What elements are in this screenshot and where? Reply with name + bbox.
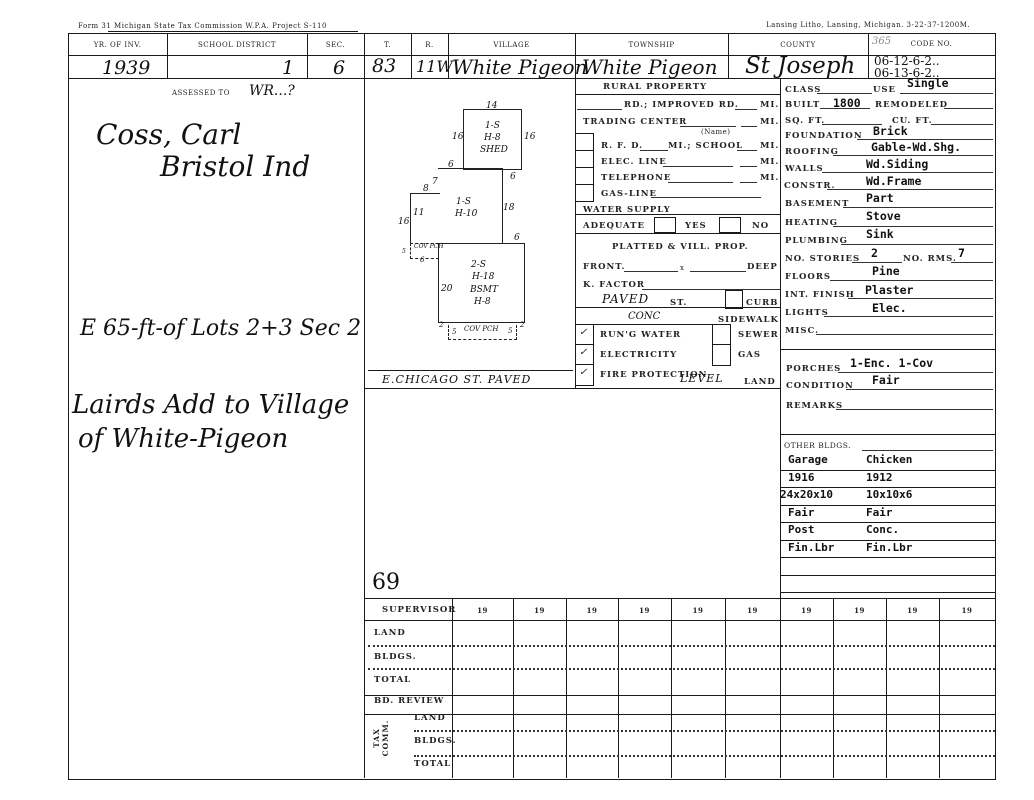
valuation-cell[interactable] bbox=[454, 648, 511, 666]
street-label: E.CHICAGO ST. PAVED bbox=[382, 373, 531, 386]
trading-center-field[interactable] bbox=[680, 126, 736, 127]
valuation-cell[interactable] bbox=[941, 673, 993, 691]
valuation-col-divider bbox=[886, 598, 887, 778]
valuation-cell[interactable] bbox=[888, 757, 937, 775]
dim-middle-step1: 7 bbox=[432, 177, 438, 187]
shed-label: SHED bbox=[480, 145, 508, 155]
plumbing-label: PLUMBING bbox=[785, 236, 848, 246]
no-label: NO bbox=[752, 221, 769, 231]
dim-middle-bottom: 6 bbox=[514, 233, 520, 243]
sewer-label: SEWER bbox=[738, 330, 779, 340]
valuation-cell[interactable] bbox=[515, 622, 564, 640]
other-bldg-2-cell[interactable]: Fin.Lbr bbox=[866, 541, 912, 554]
col-divider bbox=[307, 33, 308, 78]
gas-label: GAS bbox=[738, 350, 761, 360]
other-bldgs-row-line bbox=[780, 575, 995, 576]
valuation-col-divider bbox=[513, 598, 514, 778]
value-school-district[interactable]: 1 bbox=[282, 57, 294, 79]
main-basement: BSMT bbox=[470, 285, 498, 295]
other-bldgs-row-line bbox=[780, 557, 995, 558]
foundation-value[interactable]: Brick bbox=[873, 124, 908, 138]
floors-label: FLOORS bbox=[785, 272, 831, 282]
valuation-cell[interactable] bbox=[568, 673, 616, 691]
bd-review-label: BD. REVIEW bbox=[374, 696, 444, 706]
valuation-cell[interactable] bbox=[941, 648, 993, 666]
valuation-cell[interactable] bbox=[673, 733, 723, 751]
basement-label: BASEMENT bbox=[785, 199, 849, 209]
misc-label: MISC. bbox=[785, 326, 819, 336]
other-bldg-1-cell[interactable]: 24x20x10 bbox=[780, 488, 833, 501]
year-column-header[interactable]: 19 bbox=[725, 606, 780, 615]
roofing-label: ROOFING bbox=[785, 147, 839, 157]
valuation-col-divider bbox=[939, 598, 940, 778]
valuation-col-divider bbox=[725, 598, 726, 778]
valuation-cell[interactable] bbox=[620, 673, 669, 691]
printer-line: Lansing Litho, Lansing, Michigan. 3-22-3… bbox=[766, 21, 970, 29]
valuation-cell[interactable] bbox=[620, 622, 669, 640]
dim-shed-right: 16 bbox=[524, 132, 535, 142]
valuation-cell[interactable] bbox=[515, 757, 564, 775]
valuation-col-divider bbox=[833, 598, 834, 778]
other-bldg-2-cell[interactable]: Chicken bbox=[866, 453, 912, 466]
header-r: R. bbox=[411, 41, 448, 49]
dim-middle-left-outer: 16 bbox=[398, 217, 409, 227]
fire-protection-check: ✓ bbox=[579, 367, 587, 378]
remodeled-label: REMODELED bbox=[875, 100, 948, 110]
col-divider bbox=[167, 33, 168, 78]
assessed-to-note: WR...? bbox=[249, 83, 295, 99]
telephone-label: TELEPHONE bbox=[601, 173, 671, 183]
header-t: T. bbox=[364, 41, 411, 49]
valuation-cell[interactable] bbox=[673, 757, 723, 775]
right-panel-divider bbox=[780, 78, 781, 598]
header-village: VILLAGE bbox=[448, 41, 575, 49]
land-label: LAND bbox=[374, 628, 406, 638]
dim-shed-left: 16 bbox=[452, 132, 463, 142]
gas-checkbox[interactable] bbox=[712, 344, 731, 366]
value-r[interactable]: 11W bbox=[416, 57, 453, 76]
valuation-cell[interactable] bbox=[888, 733, 937, 751]
other-bldg-2-cell[interactable]: Fair bbox=[866, 506, 893, 519]
sketch-street-line bbox=[368, 370, 573, 371]
middle-height: H-10 bbox=[455, 209, 477, 219]
valuation-cell[interactable] bbox=[620, 757, 669, 775]
valuation-cell[interactable] bbox=[888, 648, 937, 666]
valuation-cell[interactable] bbox=[454, 622, 511, 640]
valuation-cell[interactable] bbox=[888, 622, 937, 640]
valuation-cell[interactable] bbox=[727, 697, 778, 715]
valuation-col-divider bbox=[566, 598, 567, 778]
basement-value[interactable]: Part bbox=[866, 191, 894, 205]
other-bldg-1-cell[interactable]: Fin.Lbr bbox=[788, 541, 834, 554]
condition-value[interactable]: Fair bbox=[872, 373, 900, 387]
other-bldg-2-cell[interactable]: Conc. bbox=[866, 523, 899, 536]
owner-name[interactable]: Coss, Carl bbox=[96, 118, 241, 151]
valuation-cell[interactable] bbox=[782, 697, 831, 715]
remarks-label: REMARKS bbox=[786, 401, 843, 411]
valuation-cell[interactable] bbox=[568, 697, 616, 715]
floors-value[interactable]: Pine bbox=[872, 264, 900, 278]
page-note: 69 bbox=[372, 570, 400, 595]
valuation-cell[interactable] bbox=[673, 648, 723, 666]
dim-front-porch-b: 5 bbox=[508, 327, 512, 335]
valuation-cell[interactable] bbox=[727, 716, 778, 734]
k-factor-label: K. FACTOR bbox=[583, 280, 645, 290]
running-water-check: ✓ bbox=[579, 327, 587, 338]
rural-property-title: RURAL PROPERTY bbox=[603, 82, 707, 92]
supervisor-label: SUPERVISOR bbox=[382, 605, 456, 615]
other-bldg-2-cell[interactable]: 10x10x6 bbox=[866, 488, 912, 501]
built-value[interactable]: 1800 bbox=[833, 96, 861, 110]
header-school-district: SCHOOL DISTRICT bbox=[167, 41, 307, 49]
valuation-cell[interactable] bbox=[620, 697, 669, 715]
street-value[interactable]: PAVED bbox=[602, 292, 649, 306]
dim-side-porch-a: 5 bbox=[402, 248, 406, 255]
valuation-cell[interactable] bbox=[620, 733, 669, 751]
electricity-check: ✓ bbox=[579, 347, 587, 358]
valuation-cell[interactable] bbox=[941, 716, 993, 734]
form-title: Form 31 Michigan State Tax Commission W.… bbox=[78, 22, 327, 30]
condition-label: CONDITION bbox=[786, 381, 854, 391]
valuation-cell[interactable] bbox=[515, 733, 564, 751]
valuation-cell[interactable] bbox=[782, 733, 831, 751]
valuation-cell[interactable] bbox=[888, 716, 937, 734]
electricity-label: ELECTRICITY bbox=[600, 350, 677, 360]
valuation-cell[interactable] bbox=[941, 733, 993, 751]
built-label: BUILT bbox=[785, 100, 820, 110]
side-porch-label: COV PCH bbox=[414, 243, 444, 250]
int-finish-value[interactable]: Plaster bbox=[865, 283, 913, 297]
valuation-cell[interactable] bbox=[515, 697, 564, 715]
dim-middle-step2: 8 bbox=[423, 184, 429, 194]
valuation-cell[interactable] bbox=[835, 697, 884, 715]
stories-value[interactable]: 2 bbox=[871, 246, 878, 260]
col-divider bbox=[411, 33, 412, 78]
running-water-label: RUN'G WATER bbox=[600, 330, 681, 340]
valuation-cell[interactable] bbox=[454, 716, 511, 734]
valuation-dotted-line bbox=[368, 645, 995, 647]
rooms-value[interactable]: 7 bbox=[958, 246, 965, 260]
main-stories: 2-S bbox=[471, 260, 486, 270]
int-finish-label: INT. FINISH bbox=[785, 290, 855, 300]
adequate-no-checkbox[interactable] bbox=[719, 217, 741, 233]
rural-title-line bbox=[575, 94, 781, 95]
remodeled-field[interactable] bbox=[944, 108, 993, 109]
mi-label: MI. bbox=[760, 141, 779, 151]
mi-label: MI. bbox=[760, 100, 779, 110]
tax-comm-land-label: LAND bbox=[414, 713, 446, 723]
year-column-header[interactable]: 19 bbox=[566, 606, 618, 615]
sketch-middle-step bbox=[410, 193, 440, 245]
gas-line-label: GAS-LINE bbox=[601, 189, 657, 199]
header-county: COUNTY bbox=[728, 41, 868, 49]
valuation-cell[interactable] bbox=[835, 757, 884, 775]
valuation-cell[interactable] bbox=[727, 757, 778, 775]
x-label: x bbox=[680, 264, 684, 272]
other-bldgs-row-line bbox=[780, 592, 995, 593]
middle-bottom-line bbox=[364, 388, 781, 389]
valuation-cell[interactable] bbox=[673, 697, 723, 715]
valuation-cell[interactable] bbox=[568, 757, 616, 775]
valuation-cell[interactable] bbox=[568, 733, 616, 751]
mi-label: MI. bbox=[760, 173, 779, 183]
header-sec: SEC. bbox=[307, 41, 364, 49]
valuation-cell[interactable] bbox=[515, 648, 564, 666]
year-column-header[interactable]: 19 bbox=[671, 606, 725, 615]
walls-value[interactable]: Wd.Siding bbox=[866, 157, 928, 171]
shed-stories: 1-S bbox=[485, 121, 500, 131]
misc-field[interactable] bbox=[816, 334, 993, 335]
land-label: LAND bbox=[744, 377, 776, 387]
remarks-field[interactable] bbox=[836, 409, 993, 410]
other-bldg-2-cell[interactable]: 1912 bbox=[866, 471, 893, 484]
year-column-header[interactable]: 19 bbox=[452, 606, 513, 615]
valuation-cell[interactable] bbox=[941, 757, 993, 775]
heating-value[interactable]: Stove bbox=[866, 209, 901, 223]
dim-main-bottom-right: 2 bbox=[520, 321, 524, 329]
valuation-cell[interactable] bbox=[888, 673, 937, 691]
shed-height: H-8 bbox=[484, 133, 501, 143]
valuation-cell[interactable] bbox=[727, 622, 778, 640]
bldgs-label: BLDGS. bbox=[374, 652, 417, 662]
lights-value[interactable]: Elec. bbox=[872, 301, 907, 315]
value-sec[interactable]: 6 bbox=[333, 57, 345, 79]
valuation-total-line bbox=[364, 695, 995, 696]
total-label: TOTAL bbox=[374, 675, 411, 685]
trading-center-label: TRADING CENTER bbox=[583, 117, 687, 127]
roofing-value[interactable]: Gable-Wd.Shg. bbox=[871, 140, 961, 154]
dim-shed-top: 14 bbox=[486, 101, 497, 111]
lights-label: LIGHTS bbox=[785, 308, 829, 318]
front-field[interactable] bbox=[624, 271, 678, 272]
stories-label: NO. STORIES bbox=[785, 254, 860, 264]
valuation-cell[interactable] bbox=[782, 673, 831, 691]
valuation-cell[interactable] bbox=[515, 716, 564, 734]
other-bldg-1-cell[interactable]: 1916 bbox=[788, 471, 815, 484]
valuation-cell[interactable] bbox=[568, 622, 616, 640]
porches-label: PORCHES bbox=[786, 364, 841, 374]
front-label: FRONT. bbox=[583, 262, 625, 272]
mi-label: MI. bbox=[760, 157, 779, 167]
dim-main-left: 20 bbox=[441, 284, 452, 294]
assessed-to-label: ASSESSED TO bbox=[172, 89, 230, 97]
valuation-cell[interactable] bbox=[782, 648, 831, 666]
valuation-cell[interactable] bbox=[620, 716, 669, 734]
owner-address[interactable]: Bristol Ind bbox=[160, 150, 310, 183]
valuation-cell[interactable] bbox=[454, 673, 511, 691]
left-panel-divider bbox=[364, 33, 365, 778]
plumbing-value[interactable]: Sink bbox=[866, 227, 894, 241]
valuation-cell[interactable] bbox=[835, 673, 884, 691]
legal-description-line1[interactable]: E 65-ft-of Lots 2+3 Sec 2 bbox=[80, 316, 361, 341]
value-county[interactable]: St Joseph bbox=[745, 53, 855, 79]
dim-front-porch-a: 5 bbox=[452, 328, 456, 336]
cuft-field[interactable] bbox=[931, 124, 993, 125]
constr-value[interactable]: Wd.Frame bbox=[866, 174, 921, 188]
header-township: TOWNSHIP bbox=[575, 41, 728, 49]
main-height: H-18 bbox=[472, 272, 494, 282]
valuation-col-divider bbox=[618, 598, 619, 778]
valuation-cell[interactable] bbox=[673, 716, 723, 734]
platted-title: PLATTED & VILL. PROP. bbox=[612, 242, 749, 252]
valuation-cell[interactable] bbox=[727, 733, 778, 751]
porches-value[interactable]: 1-Enc. 1-Cov bbox=[850, 356, 933, 370]
valuation-cell[interactable] bbox=[941, 697, 993, 715]
sqft-label: SQ. FT. bbox=[785, 116, 825, 126]
heating-label: HEATING bbox=[785, 218, 838, 228]
class-field[interactable] bbox=[817, 93, 872, 94]
land-value[interactable]: LEVEL bbox=[680, 372, 724, 385]
front-porch-label: COV PCH bbox=[464, 325, 498, 333]
walls-label: WALLS bbox=[785, 164, 824, 174]
value-township[interactable]: White Pigeon bbox=[582, 55, 717, 79]
valuation-cell[interactable] bbox=[454, 757, 511, 775]
dim-main-bottom-left: 2 bbox=[439, 321, 443, 329]
valuation-header-line bbox=[364, 620, 995, 621]
sewer-checkbox[interactable] bbox=[712, 324, 731, 346]
legal-description-line3[interactable]: of White-Pigeon bbox=[78, 424, 288, 454]
value-village[interactable]: White Pigeon bbox=[452, 55, 587, 79]
valuation-cell[interactable] bbox=[568, 648, 616, 666]
valuation-col-divider bbox=[780, 598, 781, 778]
class-label: CLASS bbox=[785, 85, 821, 95]
valuation-cell[interactable] bbox=[835, 622, 884, 640]
col-divider bbox=[728, 33, 729, 78]
year-column-header[interactable]: 19 bbox=[513, 606, 566, 615]
other-bldgs-label: OTHER BLDGS. bbox=[784, 441, 851, 450]
adequate-yes-checkbox[interactable] bbox=[654, 217, 676, 233]
value-yr-of-inv[interactable]: 1939 bbox=[102, 57, 150, 79]
rfd-label: R. F. D. bbox=[601, 141, 643, 151]
elec-line-label: ELEC. LINE bbox=[601, 157, 667, 167]
valuation-col-divider bbox=[452, 598, 453, 778]
valuation-cell[interactable] bbox=[727, 673, 778, 691]
other-bldg-1-cell[interactable]: Post bbox=[788, 523, 815, 536]
rooms-label: NO. RMS. bbox=[903, 254, 957, 264]
use-label: USE bbox=[873, 85, 896, 95]
dim-middle-left-inner: 11 bbox=[413, 208, 424, 218]
valuation-cell[interactable] bbox=[782, 622, 831, 640]
main-basement-height: H-8 bbox=[474, 297, 491, 307]
valuation-cell[interactable] bbox=[835, 733, 884, 751]
tax-comm-total-label: TOTAL bbox=[414, 759, 451, 769]
code-margin-note: 365 bbox=[872, 36, 891, 47]
valuation-cell[interactable] bbox=[835, 716, 884, 734]
form-title-underline bbox=[108, 31, 358, 32]
valuation-col-divider bbox=[671, 598, 672, 778]
valuation-cell[interactable] bbox=[515, 673, 564, 691]
valuation-dotted-line bbox=[368, 668, 995, 670]
valuation-cell[interactable] bbox=[888, 697, 937, 715]
dim-shed-bottom: 6 bbox=[510, 172, 516, 182]
valuation-cell[interactable] bbox=[454, 733, 511, 751]
other-bldg-1-cell[interactable]: Fair bbox=[788, 506, 815, 519]
deep-label: DEEP bbox=[747, 262, 778, 272]
valuation-top-line bbox=[364, 598, 995, 599]
header-yr-of-inv: YR. OF INV. bbox=[68, 41, 167, 49]
k-factor-field[interactable] bbox=[642, 289, 781, 290]
valuation-cell[interactable] bbox=[673, 673, 723, 691]
sketch-main bbox=[438, 243, 525, 323]
valuation-cell[interactable] bbox=[673, 622, 723, 640]
foundation-label: FOUNDATION bbox=[785, 131, 863, 141]
rural-bottom-line bbox=[575, 233, 781, 234]
valuation-cell[interactable] bbox=[782, 757, 831, 775]
gas-line-checkbox[interactable] bbox=[575, 184, 594, 202]
value-t[interactable]: 83 bbox=[372, 55, 396, 77]
valuation-cell[interactable] bbox=[568, 716, 616, 734]
rd-improved-label: RD.; IMPROVED RD. bbox=[624, 100, 739, 110]
deep-field[interactable] bbox=[690, 271, 746, 272]
year-column-header[interactable]: 19 bbox=[939, 606, 995, 615]
middle-stories: 1-S bbox=[456, 197, 471, 207]
adequate-label: ADEQUATE bbox=[583, 221, 645, 231]
year-column-header[interactable]: 19 bbox=[886, 606, 939, 615]
legal-description-line2[interactable]: Lairds Add to Village bbox=[72, 390, 349, 420]
valuation-cell[interactable] bbox=[782, 716, 831, 734]
sidewalk-value[interactable]: CONC bbox=[628, 311, 660, 322]
other-bldg-1-cell[interactable]: Garage bbox=[788, 453, 828, 466]
school-label: MI.; SCHOOL bbox=[668, 141, 743, 151]
tax-comm-label: TAX COMM. bbox=[372, 708, 390, 768]
valuation-cell[interactable] bbox=[941, 622, 993, 640]
yes-label: YES bbox=[685, 221, 707, 231]
name-sublabel: (Name) bbox=[701, 128, 731, 136]
year-column-header[interactable]: 19 bbox=[780, 606, 833, 615]
valuation-cell[interactable] bbox=[727, 648, 778, 666]
year-column-header[interactable]: 19 bbox=[833, 606, 886, 615]
valuation-cell[interactable] bbox=[835, 648, 884, 666]
dim-middle-right: 18 bbox=[503, 203, 514, 213]
dim-side-porch-b: 6 bbox=[420, 256, 424, 264]
dim-middle-top: 6 bbox=[448, 160, 454, 170]
mi-label: MI. bbox=[760, 117, 779, 127]
tax-comm-bldgs-label: BLDGS. bbox=[414, 736, 457, 746]
use-value[interactable]: Single bbox=[907, 76, 949, 90]
valuation-cell[interactable] bbox=[454, 697, 511, 715]
valuation-cell[interactable] bbox=[620, 648, 669, 666]
year-column-header[interactable]: 19 bbox=[618, 606, 671, 615]
